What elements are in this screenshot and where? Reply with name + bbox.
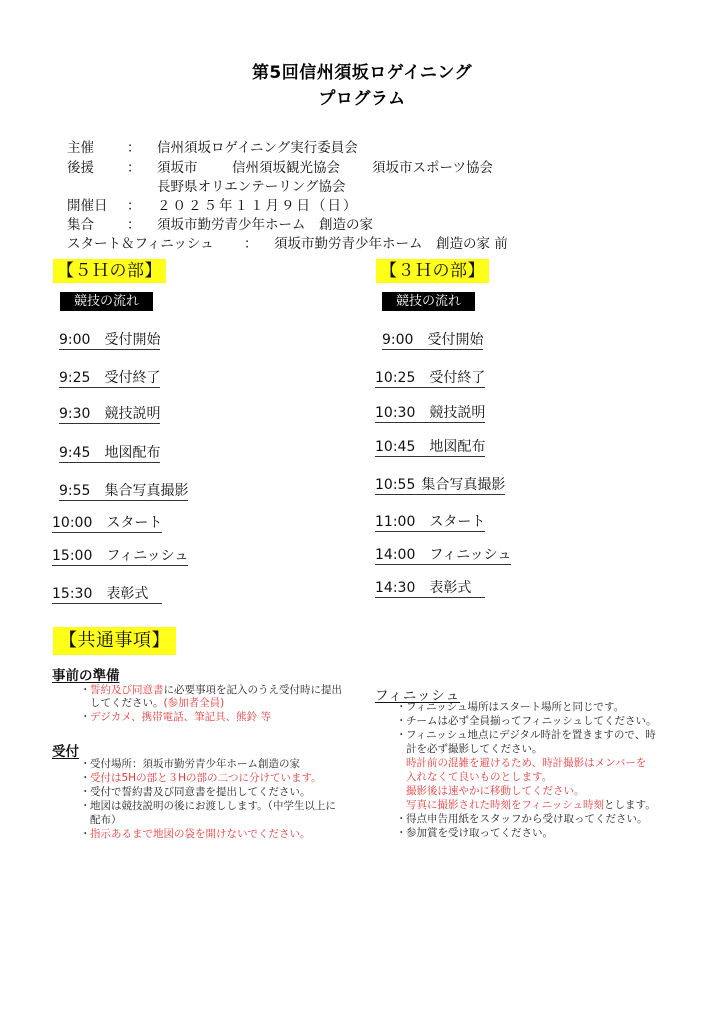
schedule-5h-row: 9:30競技説明 — [59, 406, 160, 424]
organizer-label: 主催 — [67, 136, 127, 156]
finish-item: ・参加賞を受け取ってください。 — [396, 827, 553, 841]
start-finish-value: 須坂市勤労青少年ホーム 創造の家 前 — [274, 232, 508, 252]
preparation-item: ・誓約及び同意書に必要事項を記入のうえ受付時に提出 — [80, 684, 342, 698]
time: 10:25 — [375, 370, 415, 387]
time: 14:00 — [375, 547, 415, 564]
event: 受付開始 — [427, 332, 483, 348]
info-start-finish: スタート＆フィニッシュ：須坂市勤労青少年ホーム 創造の家 前 — [67, 232, 508, 252]
division-3h-flow-label: 競技の流れ — [382, 292, 475, 311]
division-3h-heading: 【３Ｈの部】 — [376, 259, 489, 283]
reception-item: ・地図は競技説明の後にお渡しします。（中学生以上に — [80, 800, 336, 814]
schedule-5h-row: 15:30表彰式 — [52, 586, 162, 604]
time: 15:30 — [52, 586, 92, 603]
time: 9:00 — [382, 332, 413, 349]
time: 10:00 — [52, 515, 92, 532]
division-5h-heading: 【５Ｈの部】 — [53, 259, 166, 283]
schedule-3h-row: 10:30競技説明 — [375, 405, 485, 423]
event: 受付開始 — [104, 332, 160, 348]
info-organizer: 主催：信州須坂ロゲイニング実行委員会 — [67, 136, 358, 156]
schedule-5h-row: 10:00スタート — [52, 515, 162, 533]
event: 受付終了 — [104, 370, 160, 386]
separator: ： — [244, 232, 274, 252]
schedule-5h-row: 9:55集合写真撮影 — [59, 483, 188, 501]
time: 14:30 — [375, 580, 415, 597]
schedule-3h-row: 14:30表彰式 — [375, 580, 485, 598]
event: 地図配布 — [429, 439, 485, 455]
organizer-value: 信州須坂ロゲイニング実行委員会 — [157, 136, 358, 156]
event: スタート — [429, 514, 485, 530]
start-finish-label: スタート＆フィニッシュ — [67, 232, 244, 252]
reception-item: ・指示あるまで地図の袋を開けないでください。 — [80, 828, 311, 842]
preparation-item: ・デジカメ、携帯電話、筆記具、熊鈴 等 — [80, 711, 271, 725]
supporter-2: 信州須坂観光協会 — [232, 156, 372, 176]
division-5h-flow-label: 競技の流れ — [60, 292, 153, 311]
info-supporters: 後援：須坂市信州須坂観光協会須坂市スポーツ協会 — [67, 156, 493, 176]
supporter-4: 長野県オリエンテーリング協会 — [157, 175, 345, 195]
time: 9:30 — [59, 406, 90, 423]
schedule-5h-row: 9:00受付開始 — [59, 332, 160, 350]
schedule-3h-row: 10:45地図配布 — [375, 439, 485, 457]
time: 10:55 — [375, 477, 415, 494]
finish-item-cont: 撮影後は速やかに移動してください。 — [396, 785, 585, 799]
schedule-3h-row: 9:00受付開始 — [382, 332, 483, 350]
schedule-3h-row: 10:25受付終了 — [375, 370, 485, 388]
event: スタート — [106, 515, 162, 531]
time: 10:45 — [375, 439, 415, 456]
time: 9:55 — [59, 483, 90, 500]
schedule-5h-row: 9:45地図配布 — [59, 445, 160, 463]
reception-title: 受付 — [52, 740, 79, 760]
finish-item: ・フィニッシュ地点にデジタル時計を置きますので、時 — [396, 729, 656, 743]
separator: ： — [127, 194, 157, 214]
event: 集合写真撮影 — [104, 483, 188, 499]
reception-item: ・受付で誓約書及び同意書を提出してください。 — [80, 786, 311, 800]
reception-item-cont: 配布） — [80, 814, 122, 828]
date-label: 開催日 — [67, 194, 127, 214]
separator: ： — [127, 156, 157, 176]
info-date: 開催日：２０２５年１１月９日（日） — [67, 194, 359, 214]
event: 競技説明 — [429, 405, 485, 421]
time: 9:45 — [59, 445, 90, 462]
event: 表彰式 — [429, 580, 471, 596]
document-title: 第5回信州須坂ロゲイニング — [0, 58, 724, 83]
finish-item: ・得点申告用紙をスタッフから受け取ってください。 — [396, 813, 648, 827]
time: 15:00 — [52, 548, 92, 565]
event: 集合写真撮影 — [421, 477, 505, 493]
finish-item-cont: 時計前の混雑を避けるため、時計撮影はメンバーを — [396, 757, 646, 771]
schedule-5h-row: 15:00フィニッシュ — [52, 548, 188, 566]
time: 11:00 — [375, 514, 415, 531]
common-heading: 【共通事項】 — [53, 627, 176, 655]
assembly-label: 集合 — [67, 213, 127, 233]
supporters-label: 後援 — [67, 156, 127, 176]
event: 受付終了 — [429, 370, 485, 386]
finish-item-cont: 入れなくて良いものとします。 — [396, 771, 552, 785]
time: 9:00 — [59, 332, 90, 349]
event: 地図配布 — [104, 445, 160, 461]
preparation-item-cont: してください。(参加者全員) — [80, 697, 224, 711]
reception-item: ・受付は5Hの部と３Hの部の二つに分けています。 — [80, 772, 322, 786]
finish-item-cont: 写真に撮影された時刻をフィニッシュ時刻とします。 — [396, 799, 656, 813]
schedule-3h-row: 10:55集合写真撮影 — [375, 477, 505, 495]
document-subtitle: プログラム — [0, 84, 724, 109]
finish-item: ・フィニッシュ場所はスタート場所と同じです。 — [396, 701, 624, 715]
separator: ： — [127, 213, 157, 233]
finish-item: ・チームは必ず全員揃ってフィニッシュしてください。 — [396, 715, 657, 729]
supporter-1: 須坂市 — [157, 156, 232, 176]
schedule-3h-row: 11:00スタート — [375, 514, 485, 532]
event: フィニッシュ — [429, 547, 511, 563]
date-value: ２０２５年１１月９日（日） — [157, 194, 359, 214]
finish-item-cont: 計を必ず撮影してください。 — [396, 743, 543, 757]
event: フィニッシュ — [106, 548, 188, 564]
assembly-value: 須坂市勤労青少年ホーム 創造の家 — [157, 213, 373, 233]
info-assembly: 集合：須坂市勤労青少年ホーム 創造の家 — [67, 213, 373, 233]
event: 表彰式 — [106, 586, 148, 602]
preparation-title: 事前の準備 — [52, 664, 120, 684]
supporter-3: 須坂市スポーツ協会 — [372, 156, 493, 176]
separator: ： — [127, 136, 157, 156]
event: 競技説明 — [104, 406, 160, 422]
schedule-5h-row: 9:25受付終了 — [59, 370, 160, 388]
time: 10:30 — [375, 405, 415, 422]
schedule-3h-row: 14:00フィニッシュ — [375, 547, 511, 565]
reception-item: ・受付場所：須坂市勤労青少年ホーム創造の家 — [80, 758, 300, 772]
time: 9:25 — [59, 370, 90, 387]
